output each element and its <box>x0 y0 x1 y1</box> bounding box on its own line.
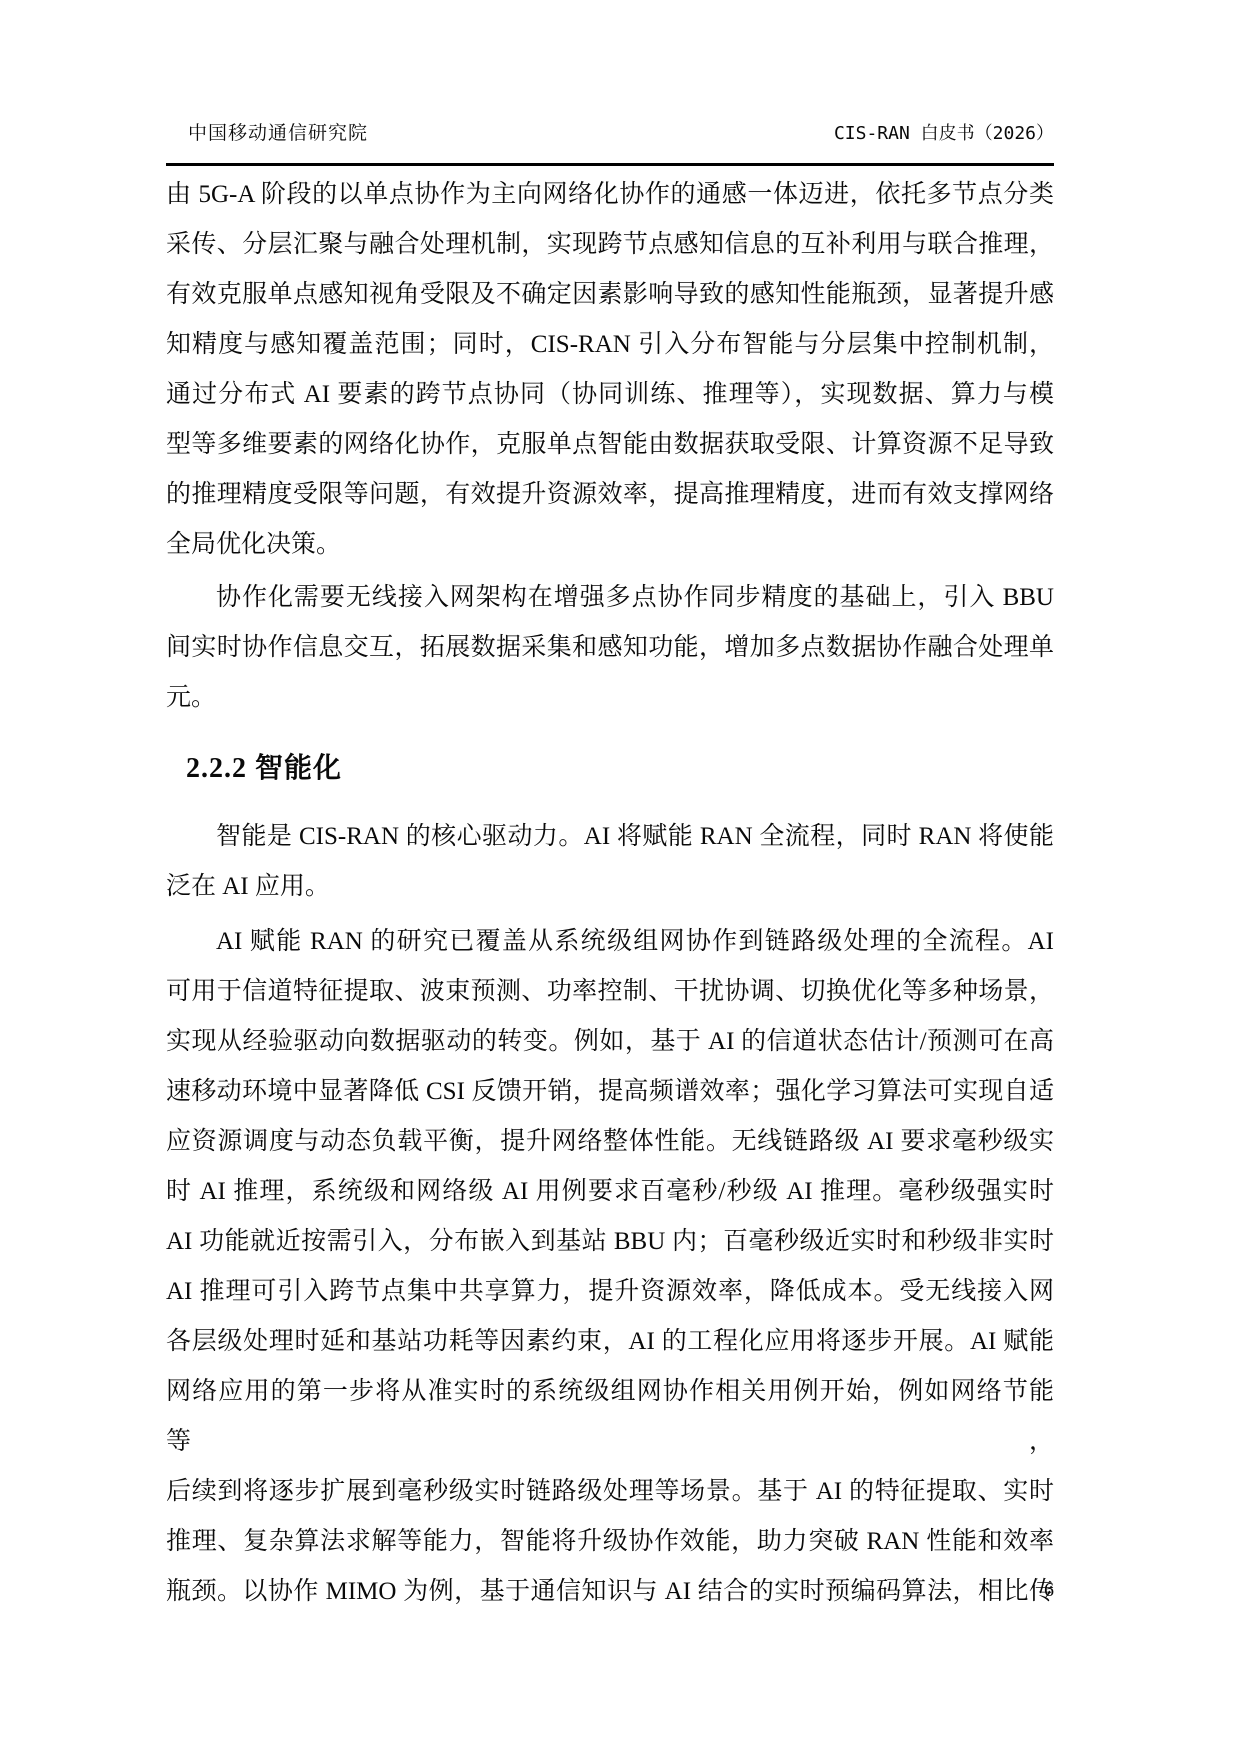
text-line: 后续到将逐步扩展到毫秒级实时链路级处理等场景。基于 AI 的特征提取、实时 <box>166 1467 1054 1517</box>
page-body: 由 5G-A 阶段的以单点协作为主向网络化协作的通感一体迈进，依托多节点分类采传… <box>166 170 1054 1617</box>
text-line: 智能是 CIS-RAN 的核心驱动力。AI 将赋能 RAN 全流程，同时 RAN… <box>166 812 1054 862</box>
text-line: 的推理精度受限等问题，有效提升资源效率，提高推理精度，进而有效支撑网络 <box>166 470 1054 520</box>
text-line: 元。 <box>166 673 1054 723</box>
text-line: 时 AI 推理，系统级和网络级 AI 用例要求百毫秒/秒级 AI 推理。毫秒级强… <box>166 1167 1054 1217</box>
paragraph-intelligence-intro: 智能是 CIS-RAN 的核心驱动力。AI 将赋能 RAN 全流程，同时 RAN… <box>166 812 1054 912</box>
paragraph-collaboration-requirements: 协作化需要无线接入网架构在增强多点协作同步精度的基础上，引入 BBU间实时协作信… <box>166 573 1054 723</box>
text-line: 推理、复杂算法求解等能力，智能将升级协作效能，助力突破 RAN 性能和效率 <box>166 1517 1054 1567</box>
text-line: 间实时协作信息交互，拓展数据采集和感知功能，增加多点数据协作融合处理单 <box>166 623 1054 673</box>
header-rule <box>166 163 1054 166</box>
page-footer: 6 <box>166 1577 1054 1603</box>
section-heading-2-2-2: 2.2.2 智能化 <box>166 749 1054 789</box>
paragraph-ai-enables-ran: AI 赋能 RAN 的研究已覆盖从系统级组网协作到链路级处理的全流程。AI可用于… <box>166 917 1054 1617</box>
text-line: 通过分布式 AI 要素的跨节点协同（协同训练、推理等），实现数据、算力与模 <box>166 370 1054 420</box>
header-organization: 中国移动通信研究院 <box>166 122 368 146</box>
text-line: 泛在 AI 应用。 <box>166 862 1054 912</box>
page-header: 中国移动通信研究院 CIS-RAN 白皮书（2026） <box>166 122 1054 146</box>
text-line: 应资源调度与动态负载平衡，提升网络整体性能。无线链路级 AI 要求毫秒级实 <box>166 1117 1054 1167</box>
text-line: 实现从经验驱动向数据驱动的转变。例如，基于 AI 的信道状态估计/预测可在高 <box>166 1017 1054 1067</box>
text-line: 采传、分层汇聚与融合处理机制，实现跨节点感知信息的互补利用与联合推理， <box>166 220 1054 270</box>
text-line: AI 赋能 RAN 的研究已覆盖从系统级组网协作到链路级处理的全流程。AI <box>166 917 1054 967</box>
page-number: 6 <box>1044 1579 1054 1601</box>
text-line: 由 5G-A 阶段的以单点协作为主向网络化协作的通感一体迈进，依托多节点分类 <box>166 170 1054 220</box>
text-line: 知精度与感知覆盖范围；同时，CIS-RAN 引入分布智能与分层集中控制机制， <box>166 320 1054 370</box>
text-line: 速移动环境中显著降低 CSI 反馈开销，提高频谱效率；强化学习算法可实现自适 <box>166 1067 1054 1117</box>
text-line: 各层级处理时延和基站功耗等因素约束，AI 的工程化应用将逐步开展。AI 赋能 <box>166 1317 1054 1367</box>
paragraph-sensing-collaboration: 由 5G-A 阶段的以单点协作为主向网络化协作的通感一体迈进，依托多节点分类采传… <box>166 170 1054 570</box>
text-line: 全局优化决策。 <box>166 520 1054 570</box>
text-line: 协作化需要无线接入网架构在增强多点协作同步精度的基础上，引入 BBU <box>166 573 1054 623</box>
text-line: 型等多维要素的网络化协作，克服单点智能由数据获取受限、计算资源不足导致 <box>166 420 1054 470</box>
text-line: 网络应用的第一步将从准实时的系统级组网协作相关用例开始，例如网络节能等， <box>166 1367 1054 1467</box>
text-line: 可用于信道特征提取、波束预测、功率控制、干扰协调、切换优化等多种场景， <box>166 967 1054 1017</box>
header-document-title: CIS-RAN 白皮书（2026） <box>834 122 1054 146</box>
document-page: 中国移动通信研究院 CIS-RAN 白皮书（2026） 由 5G-A 阶段的以单… <box>0 0 1240 1754</box>
text-line: 有效克服单点感知视角受限及不确定因素影响导致的感知性能瓶颈，显著提升感 <box>166 270 1054 320</box>
text-line: AI 功能就近按需引入，分布嵌入到基站 BBU 内；百毫秒级近实时和秒级非实时 <box>166 1217 1054 1267</box>
text-line: AI 推理可引入跨节点集中共享算力，提升资源效率，降低成本。受无线接入网 <box>166 1267 1054 1317</box>
